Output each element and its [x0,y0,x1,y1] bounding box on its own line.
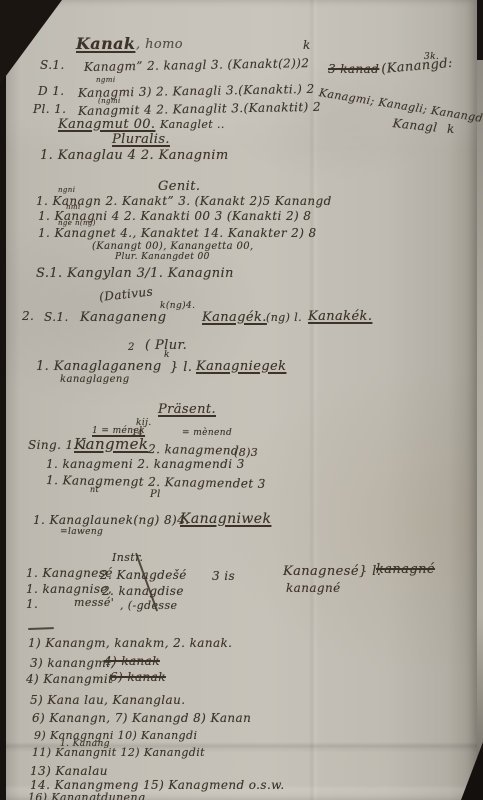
manuscript-line: 1. Kanagnet 4., Kanaktet 14. Kanakter 2)… [38,226,317,240]
manuscript-line: Kanak [76,34,135,53]
manuscript-photo: Kanak, homokS.1.Kanagm” 2. kanagl 3. (Ka… [0,0,483,800]
manuscript-line: k(ng)4. [160,301,195,311]
manuscript-line: 2. [22,309,34,323]
manuscript-line: k [303,38,311,52]
manuscript-line: 9) Kanagngni 10) Kanangdi [34,729,197,742]
manuscript-line: 14 [132,428,143,437]
manuscript-line: Genit. [158,179,200,194]
manuscript-line: 2 [128,342,135,353]
manuscript-line: 1. kanagmeni 2. kanagmendi 3 [46,457,245,471]
manuscript-line: , (-gdesse [120,599,177,612]
manuscript-line: S.1. Kangylan 3/1. Kanagnin [36,266,234,281]
manuscript-line: k [164,350,170,360]
manuscript-line: (Kanangt 00), Kanangetta 00, [92,241,254,252]
manuscript-line: Kanagmut 00. [58,117,155,132]
manuscript-line: Kangmek [74,435,148,453]
manuscript-line: 6) kanak [110,670,166,684]
manuscript-line: 1. Kanaglaganeng [36,359,162,374]
manuscript-line: kanagné [376,562,435,577]
manuscript-line: D 1. [38,84,65,98]
manuscript-line: 1. Kanaglau 4 2. Kanagnim [40,148,229,163]
manuscript-line: Plur. Kanangdet 00 [115,252,210,262]
manuscript-line: (Dativus [99,284,154,304]
manuscript-line: 3 kanad [328,62,379,76]
manuscript-line: 2. kanagmend [148,442,239,458]
manuscript-line: messé' [74,596,114,609]
manuscript-line: Kanaganeng [80,310,166,325]
manuscript-line: 1) Kanangm, kanakm, 2. kanak. [28,636,232,650]
manuscript-line: 1. Kanaglaunek(ng) 8)4. [33,513,189,527]
manuscript-line: 3 is [212,569,235,583]
manuscript-line: =laweng [60,527,103,537]
manuscript-line: 11) Kanangnit 12) Kanangdit [32,746,205,759]
manuscript-line: Pluralis. [112,132,170,147]
manuscript-line: Kanagniegek [196,359,286,374]
manuscript-line: 4) Kanangmit [26,672,113,686]
manuscript-line: } l. [170,360,192,375]
manuscript-line: 2. kanagdise [102,584,184,598]
manuscript-line: 3) kanangmi, [30,656,115,670]
manuscript-line: Kanagék. [202,310,267,325]
manuscript-line: kanaglageng [60,374,130,385]
manuscript-line: nt [90,485,99,494]
manuscript-line: k [447,122,455,136]
manuscript-line: (ng) l. [266,311,302,324]
manuscript-line: (Kanangd: [381,56,454,77]
manuscript-line: 16) Kanangtduneng [28,791,145,800]
manuscript-line: = mènend [182,428,232,438]
manuscript-line: Kanagl [392,116,438,135]
manuscript-line: ngmi [96,76,115,84]
pen-stroke [28,627,54,630]
manuscript-line: 1. kanagnise, [26,582,112,596]
manuscript-line: 13) Kanalau [30,764,108,778]
manuscript-line: Präsent. [158,402,216,417]
manuscript-line: kanagné [286,581,341,595]
manuscript-line: Pl. 1. [33,102,66,116]
manuscript-line: Kanagm” 2. kanagl 3. (Kanakt(2))2 [84,56,310,74]
manuscript-line: , homo [136,37,183,52]
manuscript-line: Kanaglet .. [160,118,225,131]
manuscript-line: Kanakék. [308,309,372,324]
manuscript-line: S.1. [44,310,69,324]
manuscript-page: Kanak, homokS.1.Kanagm” 2. kanagl 3. (Ka… [6,0,477,800]
manuscript-line: 6) Kanangn, 7) Kanangd 8) Kanan [32,711,251,725]
manuscript-line: Kanagnesé} l. [283,564,381,579]
manuscript-line: 5) Kana lau, Kananglau. [30,693,185,707]
manuscript-line: 4) kanak [104,654,160,668]
manuscript-line: Kanagniwek [180,511,271,527]
manuscript-line: 14. Kanangmeng 15) Kanagmend o.s.w. [30,778,285,792]
manuscript-line: S.1. [40,58,65,72]
manuscript-line: Kanagmit 4 2. Kanaglit 3.(Kanaktit) 2 [78,100,321,118]
manuscript-line: Pl [150,489,161,500]
manuscript-line: ngni [58,186,75,194]
manuscript-line: 1. [26,597,38,611]
